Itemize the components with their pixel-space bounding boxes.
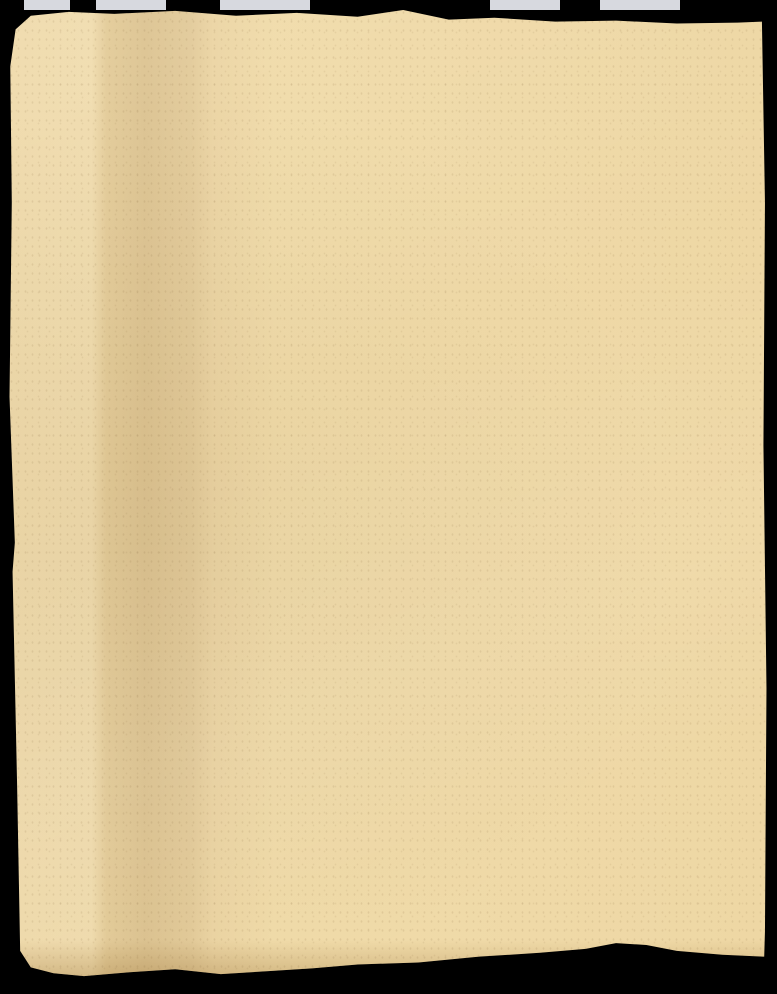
bottom-edge-stain <box>8 940 768 980</box>
aged-paper-sheet <box>8 8 768 980</box>
